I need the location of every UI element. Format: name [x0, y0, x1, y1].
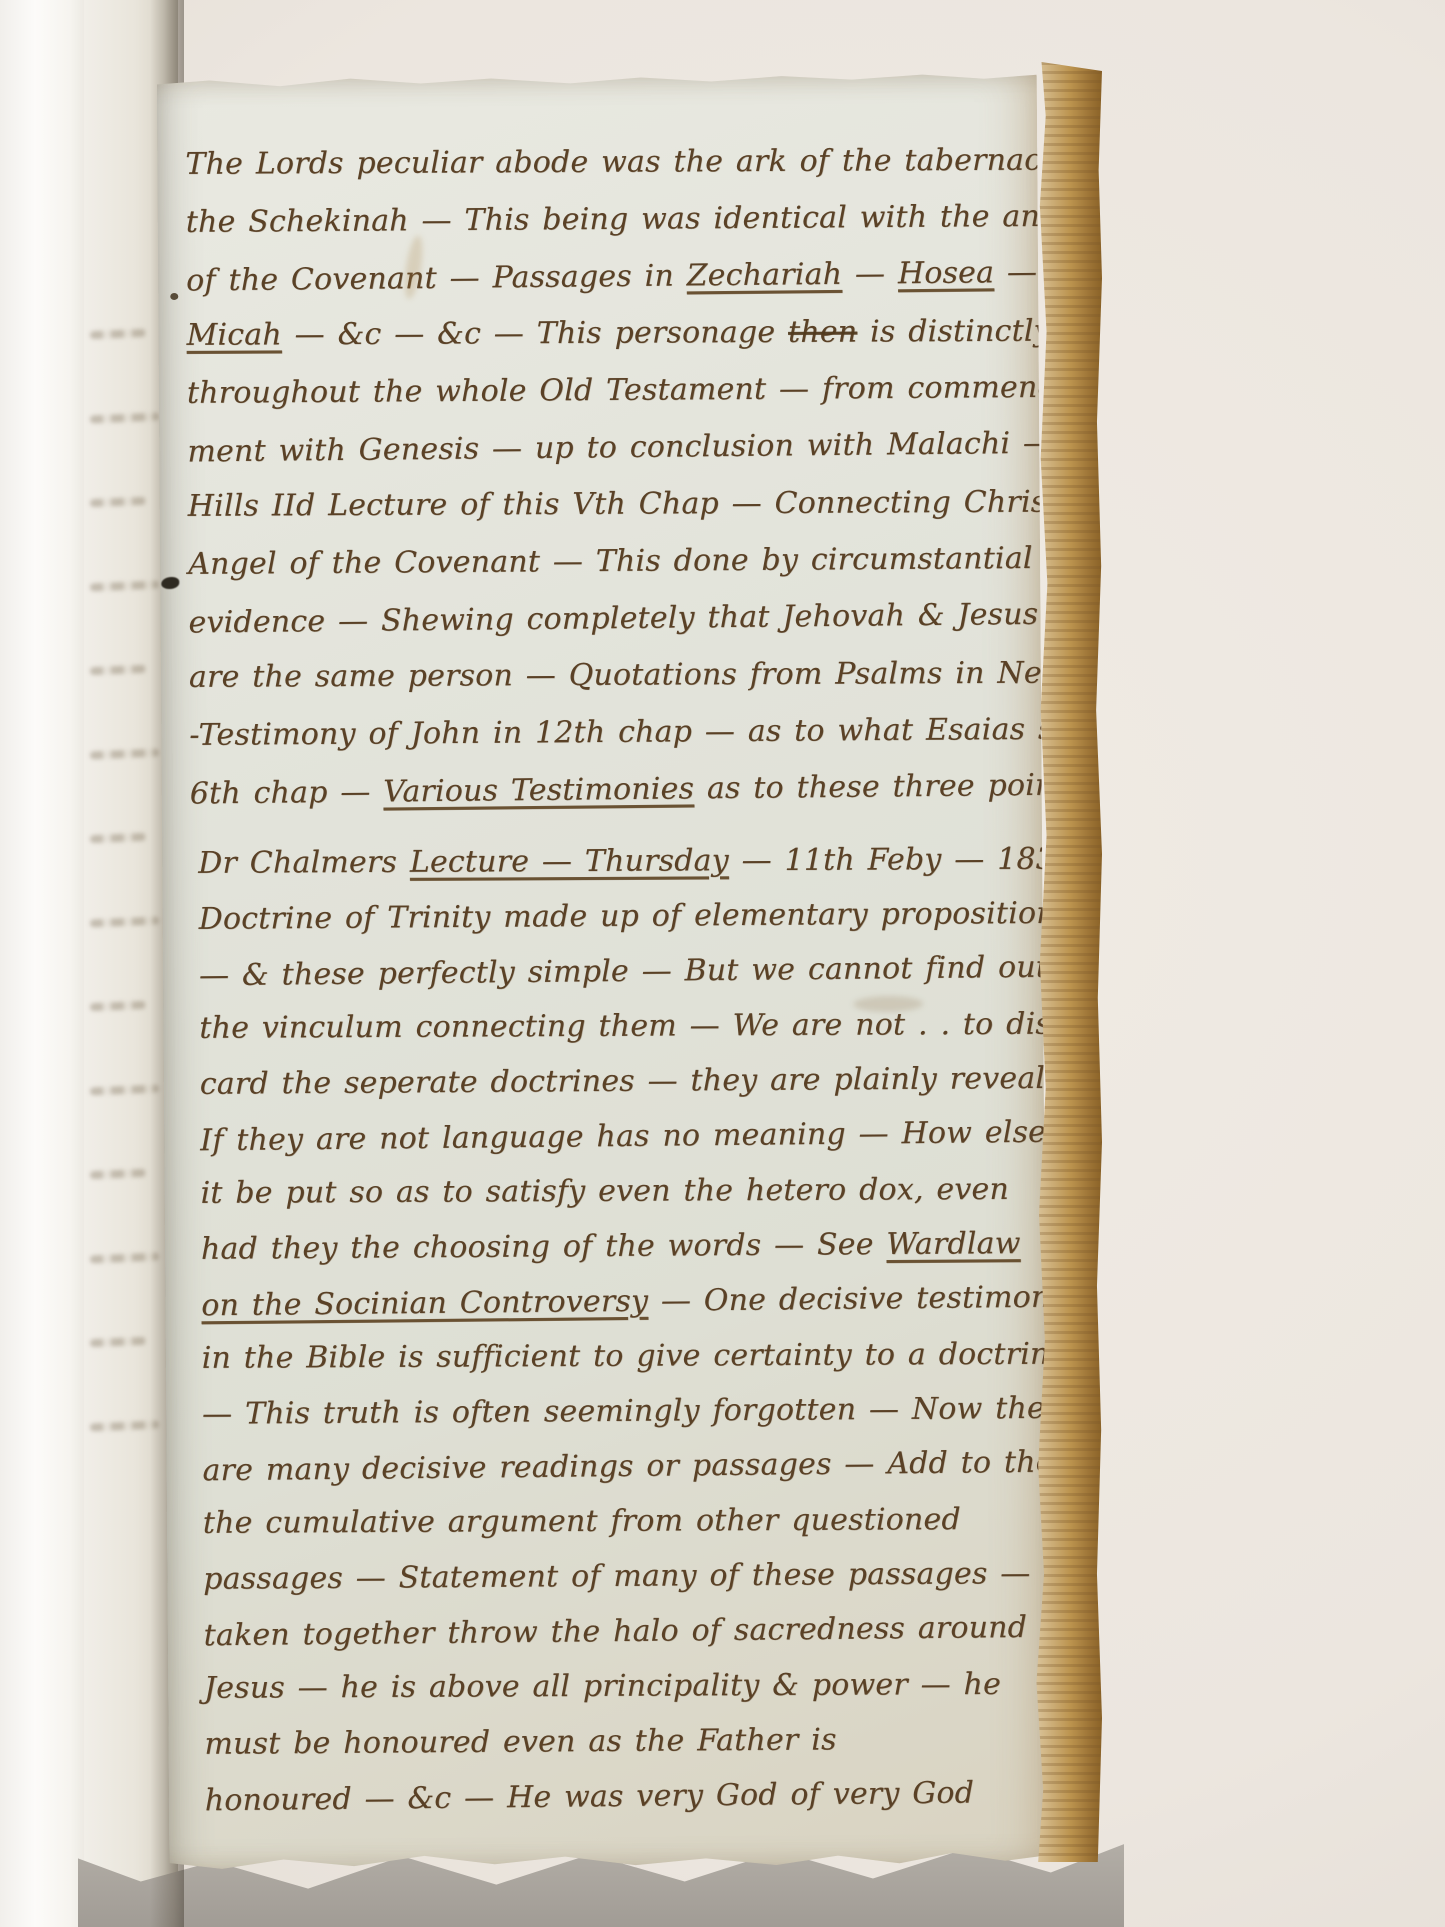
- manuscript-line: on the Socinian Controversy — One decisi…: [201, 1269, 1144, 1334]
- handwriting: Angel of the Covenant — This done by cir…: [188, 541, 1033, 582]
- ghost-line: [90, 748, 159, 759]
- handwriting: The Lords peculiar abode was the ark of …: [185, 142, 1112, 182]
- handwriting: passages — Statement of many of these pa…: [203, 1556, 1043, 1597]
- manuscript-line: in the Bible is sufficient to give certa…: [202, 1326, 1145, 1386]
- handwriting: 6th chap —: [190, 775, 384, 812]
- ghost-line: [90, 412, 159, 423]
- handwriting: — One decisive testimony: [648, 1280, 1068, 1319]
- handwriting: are the same person — Quotations from Ps…: [189, 655, 1155, 695]
- handwriting: — This truth is often seemingly forgotte…: [202, 1391, 1078, 1432]
- ghost-line: [90, 916, 159, 927]
- ghost-line: [90, 1001, 146, 1011]
- manuscript-line: the cumulative argument from other quest…: [203, 1491, 1146, 1551]
- ghost-line: [90, 833, 146, 843]
- underlined-handwriting: Micah: [186, 317, 281, 352]
- manuscript-line: the vinculum connecting them — We are no…: [199, 996, 1142, 1056]
- underlined-handwriting: Hosea: [898, 255, 995, 291]
- ghost-line: [90, 1169, 146, 1179]
- ghost-line: [90, 665, 146, 675]
- handwriting: — & these perfectly simple — But we cann…: [199, 950, 1048, 994]
- manuscript-line: — This truth is often seemingly forgotte…: [202, 1380, 1145, 1442]
- manuscript-line: are many decisive readings or passages —…: [202, 1434, 1145, 1499]
- manuscript-line: If they are not language has no meaning …: [200, 1104, 1143, 1169]
- photo-of-manuscript: { "manuscript": { "ink_color": "#5a4126"…: [0, 0, 1445, 1927]
- handwriting: —: [842, 256, 898, 292]
- handwriting: of the Covenant — Passages in: [186, 258, 687, 298]
- ghost-line: [90, 1420, 159, 1431]
- underlined-handwriting: Wardlaw: [886, 1226, 1020, 1262]
- handwriting: ment with Genesis — up to conclusion wit…: [187, 426, 1053, 470]
- ghost-line: [90, 1337, 146, 1347]
- ghost-line: [90, 497, 146, 507]
- underlined-handwriting: Various Testimonies: [383, 771, 694, 809]
- handwriting: the Schekinah — This being was identical…: [186, 199, 1088, 240]
- chalmers-lecture-paragraph: Dr Chalmers Lecture — Thursday — 11th Fe…: [198, 830, 1148, 1827]
- struck-handwriting: then: [788, 315, 857, 350]
- handwriting: is distinctly traced: [857, 313, 1163, 349]
- manuscript-line: honoured — &c — He was very God of very …: [205, 1764, 1148, 1829]
- manuscript-line: Dr Chalmers Lecture — Thursday — 11th Fe…: [198, 831, 1141, 891]
- handwriting: honoured — &c — He was very God of very …: [205, 1775, 975, 1818]
- underlined-handwriting: on the Socinian Controversy: [201, 1284, 648, 1324]
- manuscript-line: Jesus — he is above all principality & p…: [204, 1656, 1147, 1716]
- manuscript-line: it be put so as to satisfy even the hete…: [200, 1161, 1143, 1221]
- handwriting: -Testimony of John in 12th chap — as to …: [189, 711, 1146, 753]
- manuscript-line: must be honoured even as the Father is: [204, 1710, 1147, 1772]
- handwriting: in the Bible is sufficient to give certa…: [202, 1337, 1068, 1376]
- handwriting: card the seperate doctrines — they are p…: [200, 1060, 1126, 1101]
- handwriting: Doctrine of Trinity made up of elementar…: [199, 896, 1072, 937]
- manuscript-line: card the seperate doctrines — they are p…: [200, 1050, 1143, 1112]
- handwriting: evidence — Shewing completely that Jehov…: [188, 597, 1038, 641]
- manuscript-line: passages — Statement of many of these pa…: [203, 1545, 1146, 1607]
- handwriting: the vinculum connecting them — We are no…: [199, 1007, 1061, 1046]
- ghost-line: [90, 329, 146, 339]
- handwriting: If they are not language has no meaning …: [200, 1114, 1143, 1159]
- handwriting: taken together throw the halo of sacredn…: [203, 1610, 1027, 1653]
- handwriting: the cumulative argument from other quest…: [203, 1502, 961, 1541]
- handwriting: Dr Chalmers: [198, 845, 410, 881]
- handwriting: must be honoured even as the Father is: [204, 1722, 836, 1761]
- ghost-line: [90, 580, 159, 591]
- manuscript-line: — & these perfectly simple — But we cann…: [199, 939, 1142, 1004]
- underlined-handwriting: Lecture — Thursday: [410, 843, 729, 880]
- book-fore-edge: [0, 0, 88, 1927]
- manuscript-line: Doctrine of Trinity made up of elementar…: [198, 885, 1141, 947]
- ghost-line: [90, 1252, 159, 1263]
- handwriting: it be put so as to satisfy even the hete…: [200, 1172, 1009, 1211]
- manuscript-line: had they the choosing of the words — See…: [201, 1215, 1144, 1277]
- handwriting: Jesus — he is above all principality & p…: [204, 1667, 1001, 1706]
- underlined-handwriting: Zechariah: [686, 257, 842, 294]
- manuscript-page: The Lords peculiar abode was the ark of …: [157, 73, 1049, 1871]
- ink-spot: [170, 293, 178, 300]
- handwriting: — &c — &c — This personage: [282, 315, 788, 352]
- handwriting: throughout the whole Old Testament — fro…: [187, 370, 1083, 411]
- ghost-line: [90, 1084, 159, 1095]
- ink-spot: [161, 577, 179, 589]
- manuscript-line: taken together throw the halo of sacredn…: [203, 1599, 1146, 1664]
- handwriting: had they the choosing of the words — See: [201, 1227, 887, 1267]
- handwriting: are many decisive readings or passages —…: [202, 1444, 1087, 1488]
